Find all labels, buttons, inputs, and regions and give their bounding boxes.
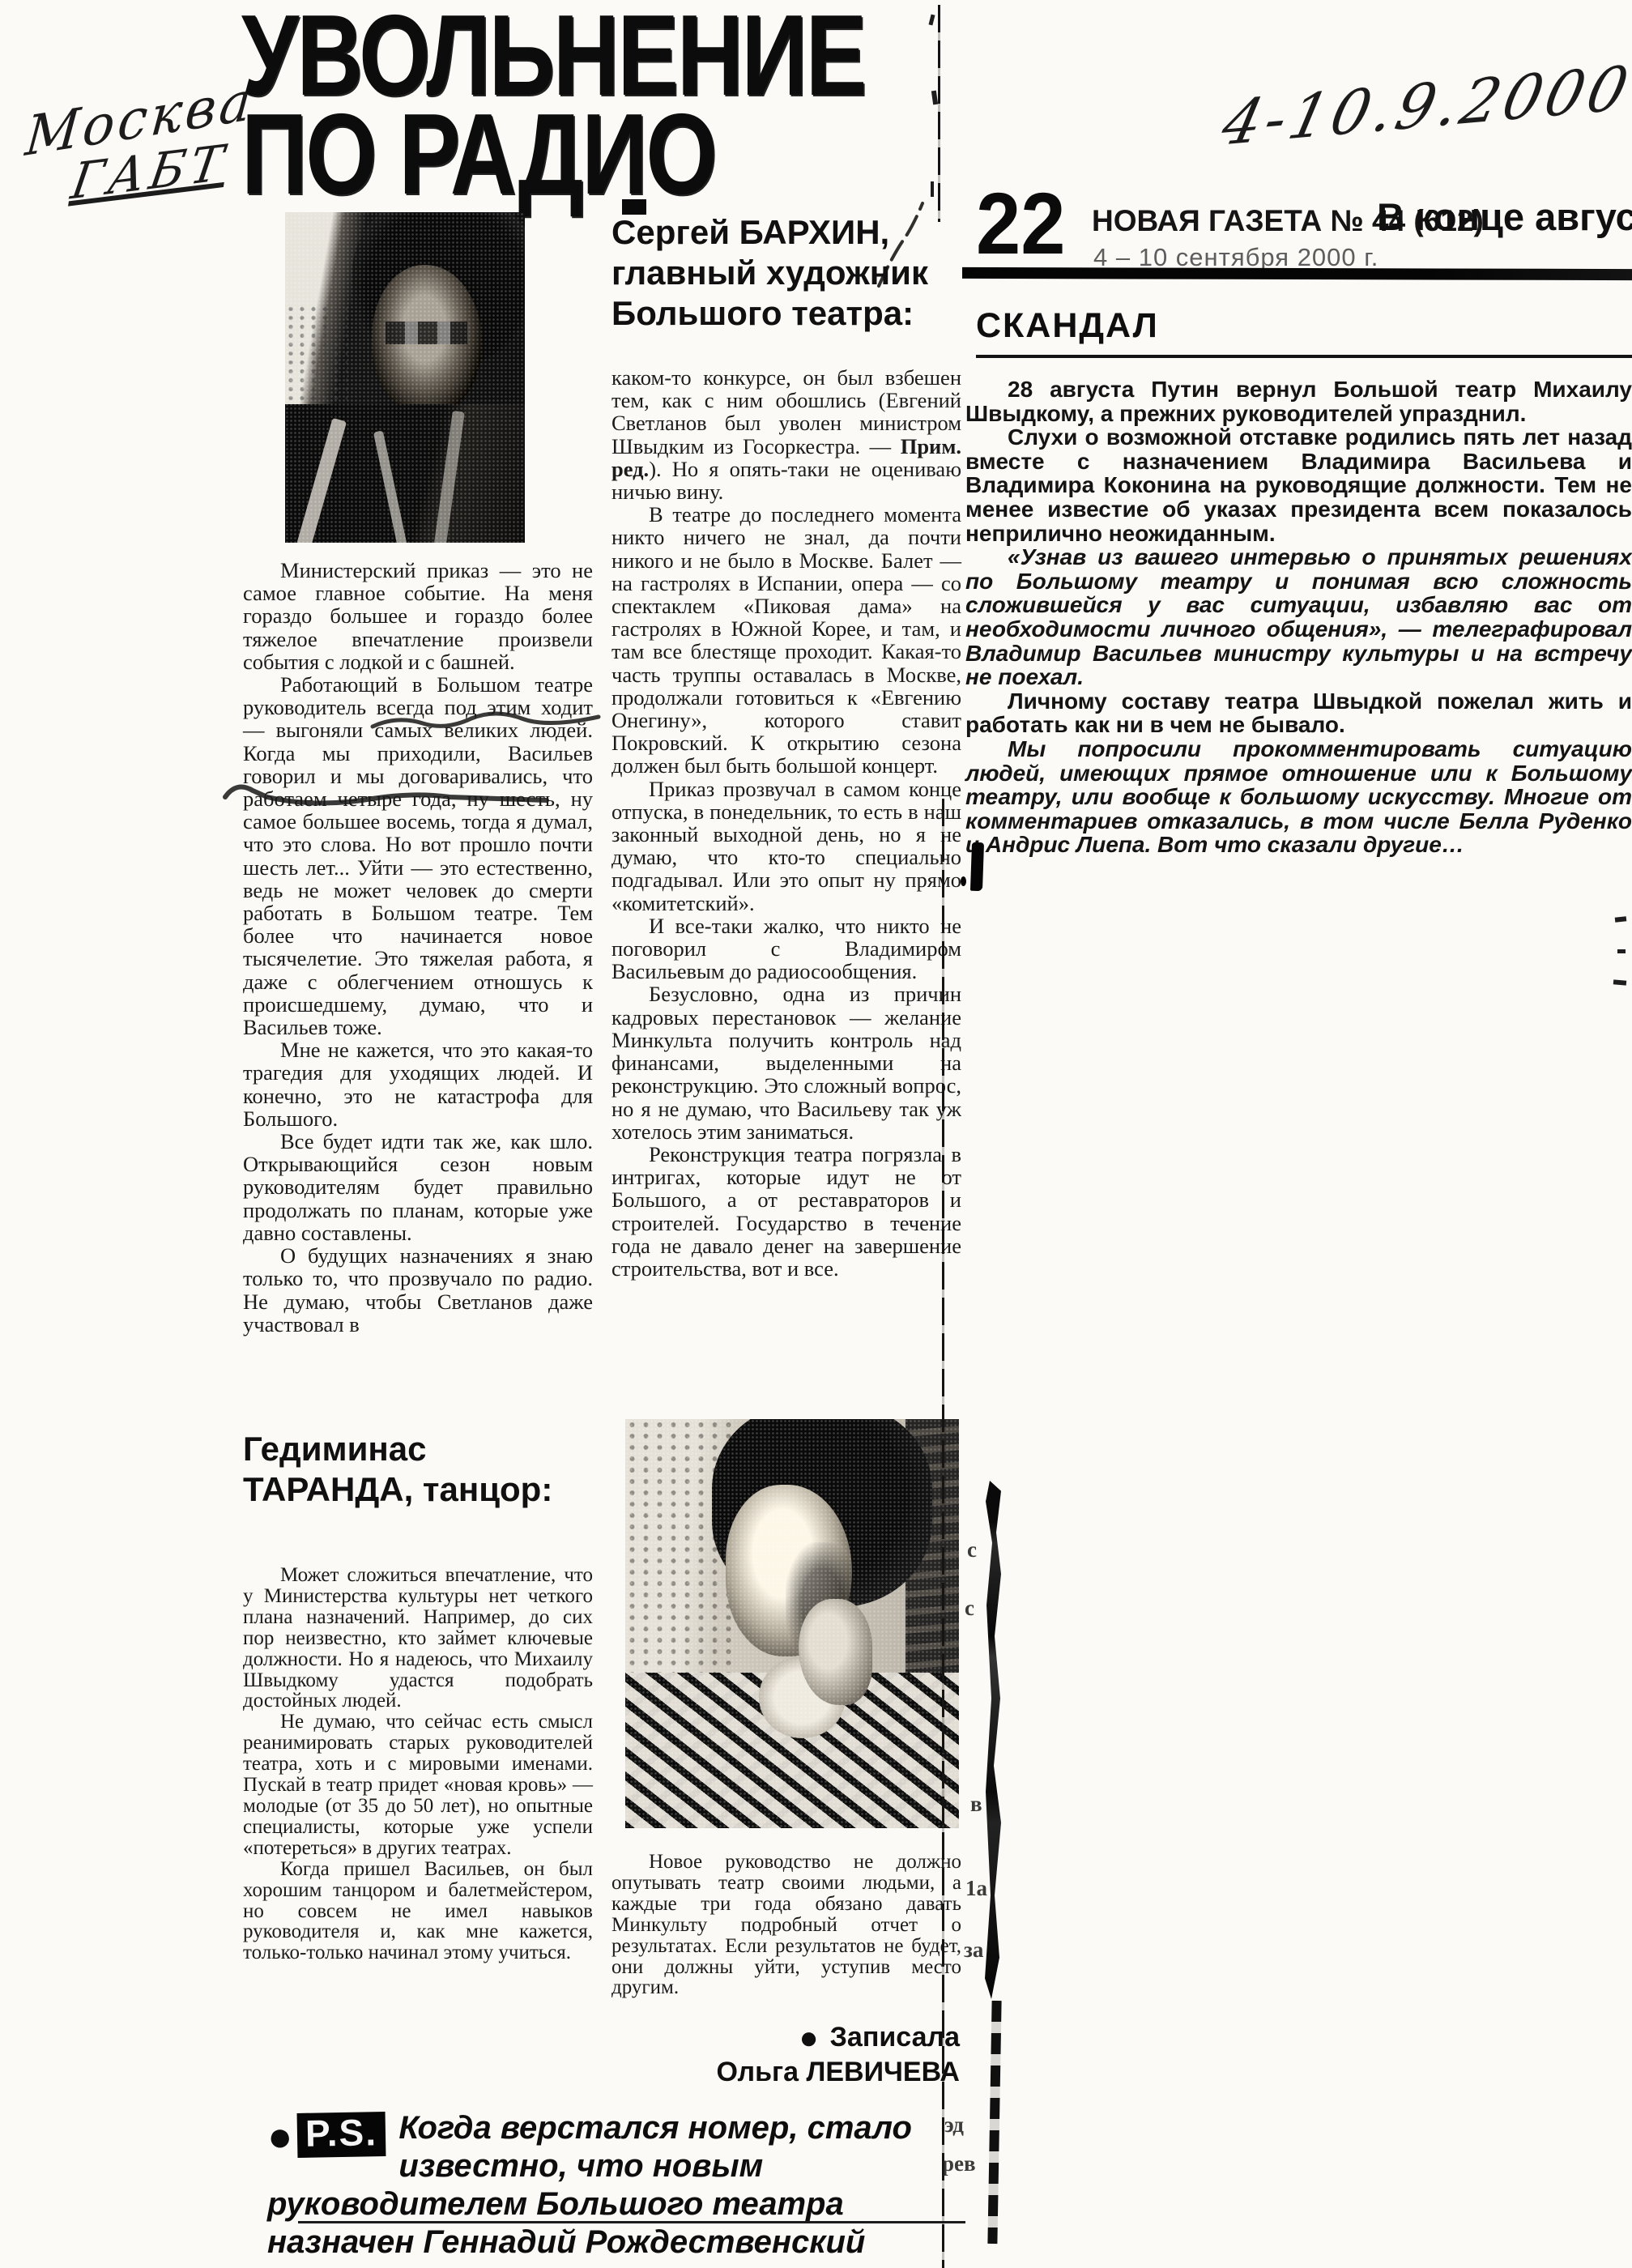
speaker-name: Сергей БАРХИН, <box>611 212 928 253</box>
body-paragraph: Министерский приказ — это не самое главн… <box>243 559 593 673</box>
cut-letter-fragment: с <box>965 1596 989 1621</box>
speaker-title: Большого театра: <box>611 293 928 334</box>
scandal-paragraph: 28 августа Путин вернул Большой театр Ми… <box>965 377 1632 425</box>
speaker-title: ТАРАНДА, танцор: <box>243 1469 552 1510</box>
byline-author: Ольга ЛЕВИЧЕВА <box>611 2055 960 2089</box>
body-paragraph: Новое руководство не должно опутывать те… <box>611 1852 961 1998</box>
newspaper-scan-page: Москва ГАБТ 4-10.9.2000 УВОЛЬНЕНИЕ ПО РА… <box>0 0 1632 2268</box>
bottom-rule <box>298 2221 965 2223</box>
column-divider-top <box>938 5 940 222</box>
body-paragraph: Когда пришел Васильев, он был хорошим та… <box>243 1859 593 1964</box>
pen-underline-stroke <box>219 761 559 810</box>
byline-role: Записала <box>830 2022 960 2053</box>
body-paragraph: О будущих назначениях я знаю только то, … <box>243 1244 593 1336</box>
scandal-paragraph: Личному составу театра Швыдкой пожелал ж… <box>965 689 1632 737</box>
ps-label: P.S. <box>297 2112 386 2158</box>
body-paragraph: Все будет идти так же, как шло. Открываю… <box>243 1130 593 1244</box>
cut-letter-fragment: за <box>964 1938 995 1963</box>
scandal-paragraph-telegram: «Узнав из вашего интервью о принятых реш… <box>965 545 1632 689</box>
body-paragraph: Реконструкция театра погрязла в интригах… <box>611 1143 961 1280</box>
headline-line-2: ПО РАДИО <box>241 105 865 204</box>
adjacent-article-headline-cut: В конце август <box>1377 194 1632 239</box>
barkhin-portrait-photo <box>285 212 525 543</box>
section-rule <box>976 355 1632 358</box>
bullet-icon: ● <box>799 2020 818 2056</box>
column-divider <box>942 799 944 2268</box>
cut-letter-fragment: с <box>967 1537 991 1562</box>
cut-letter-fragment: эд <box>944 2112 980 2138</box>
scan-artifact <box>1615 916 1627 922</box>
ink-blot <box>961 876 966 886</box>
taranda-heading: Гедиминас ТАРАНДА, танцор: <box>243 1429 552 1510</box>
scandal-paragraph-editorial: Мы попросили прокомментировать ситуацию … <box>965 737 1632 857</box>
masthead-rule <box>962 267 1632 280</box>
speaker-name: Гедиминас <box>243 1429 552 1469</box>
taranda-closing-paragraph: Новое руководство не должно опутывать те… <box>611 1852 961 1998</box>
body-paragraph: В театре до последнего момента никто нич… <box>611 503 961 777</box>
ink-speck <box>931 181 934 197</box>
body-paragraph: Приказ прозвучал в самом конце отпуска, … <box>611 778 961 914</box>
paragraph-text: ). Но я опять-таки не оцениваю ничью вин… <box>611 457 961 504</box>
ink-blot <box>970 842 984 891</box>
ps-badge: ●P.S. <box>267 2112 386 2157</box>
ink-speck <box>929 15 935 26</box>
handwritten-date-note: 4-10.9.2000 <box>1216 53 1632 160</box>
scandal-lede: 28 августа Путин вернул Большой театр Ми… <box>965 377 1632 857</box>
halftone-overlay <box>625 1419 959 1828</box>
body-paragraph: Может сложиться впечатление, что у Минис… <box>243 1565 593 1712</box>
scan-artifact <box>1613 979 1626 985</box>
scan-artifact <box>1617 949 1626 953</box>
bullet-icon: ● <box>267 2113 292 2160</box>
cut-letter-fragment: в <box>970 1792 995 1817</box>
body-paragraph: Мне не кажется, что это какая-то трагеди… <box>243 1038 593 1130</box>
taranda-portrait-photo <box>625 1419 959 1828</box>
page-number: 22 <box>976 183 1066 264</box>
body-paragraph: И все-таки жалко, что никто не поговорил… <box>611 914 961 983</box>
cut-letter-fragment: 1а <box>965 1876 996 1901</box>
body-paragraph: Не думаю, что сейчас есть смысл реанимир… <box>243 1712 593 1858</box>
scandal-paragraph: Слухи о возможной отставке родились пять… <box>965 425 1632 545</box>
barkhin-interview-left-column: Министерский приказ — это не самое главн… <box>243 559 593 1336</box>
section-label: СКАНДАЛ <box>976 306 1159 346</box>
byline: ●Записала Ольга ЛЕВИЧЕВА <box>611 2020 960 2089</box>
torn-paper-edge <box>987 2001 1001 2244</box>
pen-underline-stroke <box>369 709 603 741</box>
postscript-block: ●P.S. Когда верстался номер, стало извес… <box>267 2109 969 2262</box>
body-paragraph: каком-то конкурсе, он был взбешен тем, к… <box>611 366 961 503</box>
taranda-interview-left-column: Может сложиться впечатление, что у Минис… <box>243 1565 593 1963</box>
barkhin-heading: Сергей БАРХИН, главный художник Большого… <box>611 212 928 334</box>
halftone-overlay <box>285 212 525 543</box>
article-headline: УВОЛЬНЕНИЕ ПО РАДИО <box>241 6 865 204</box>
ink-speck <box>931 91 938 105</box>
body-paragraph: Безусловно, одна из причин кадровых пере… <box>611 983 961 1142</box>
speaker-title: главный художник <box>611 253 928 293</box>
cut-letter-fragment: рев <box>942 2151 984 2176</box>
barkhin-interview-middle-column: каком-то конкурсе, он был взбешен тем, к… <box>611 366 961 1280</box>
